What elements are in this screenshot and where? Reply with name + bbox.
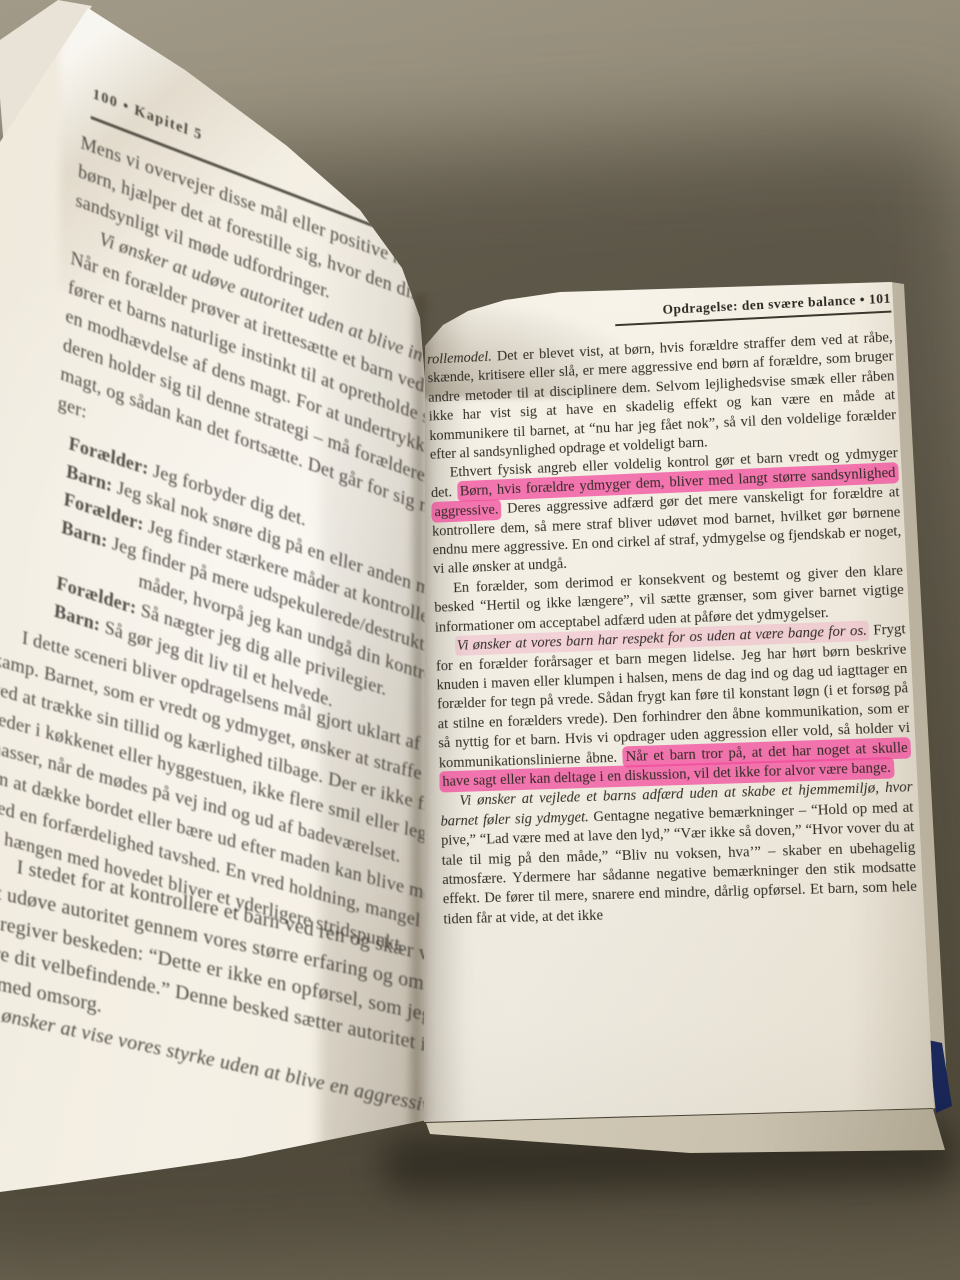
text-segment: Det er blevet vist, at børn, hvis foræld… bbox=[427, 329, 896, 462]
paragraph-fysisk-angreb: Ethvert fysisk angreb eller voldelig kon… bbox=[430, 445, 902, 580]
paragraph-respekt: Vi ønsker at vores barn har respekt for … bbox=[435, 620, 912, 793]
paragraph-rollemodel: rollemodel. Det er blevet vist, at børn,… bbox=[427, 328, 897, 465]
text-segment: rollemodel. bbox=[427, 349, 492, 368]
open-book-photo: 100 • Kapitel 5 Mens vi overvejer disse … bbox=[0, 0, 960, 1280]
right-page-content: Opdragelse: den svære balance • 101 roll… bbox=[426, 291, 918, 930]
paragraph-vejlede: Vi ønsker at vejlede et barns adfærd ude… bbox=[440, 778, 919, 930]
book-spine-crease bbox=[405, 294, 435, 1126]
